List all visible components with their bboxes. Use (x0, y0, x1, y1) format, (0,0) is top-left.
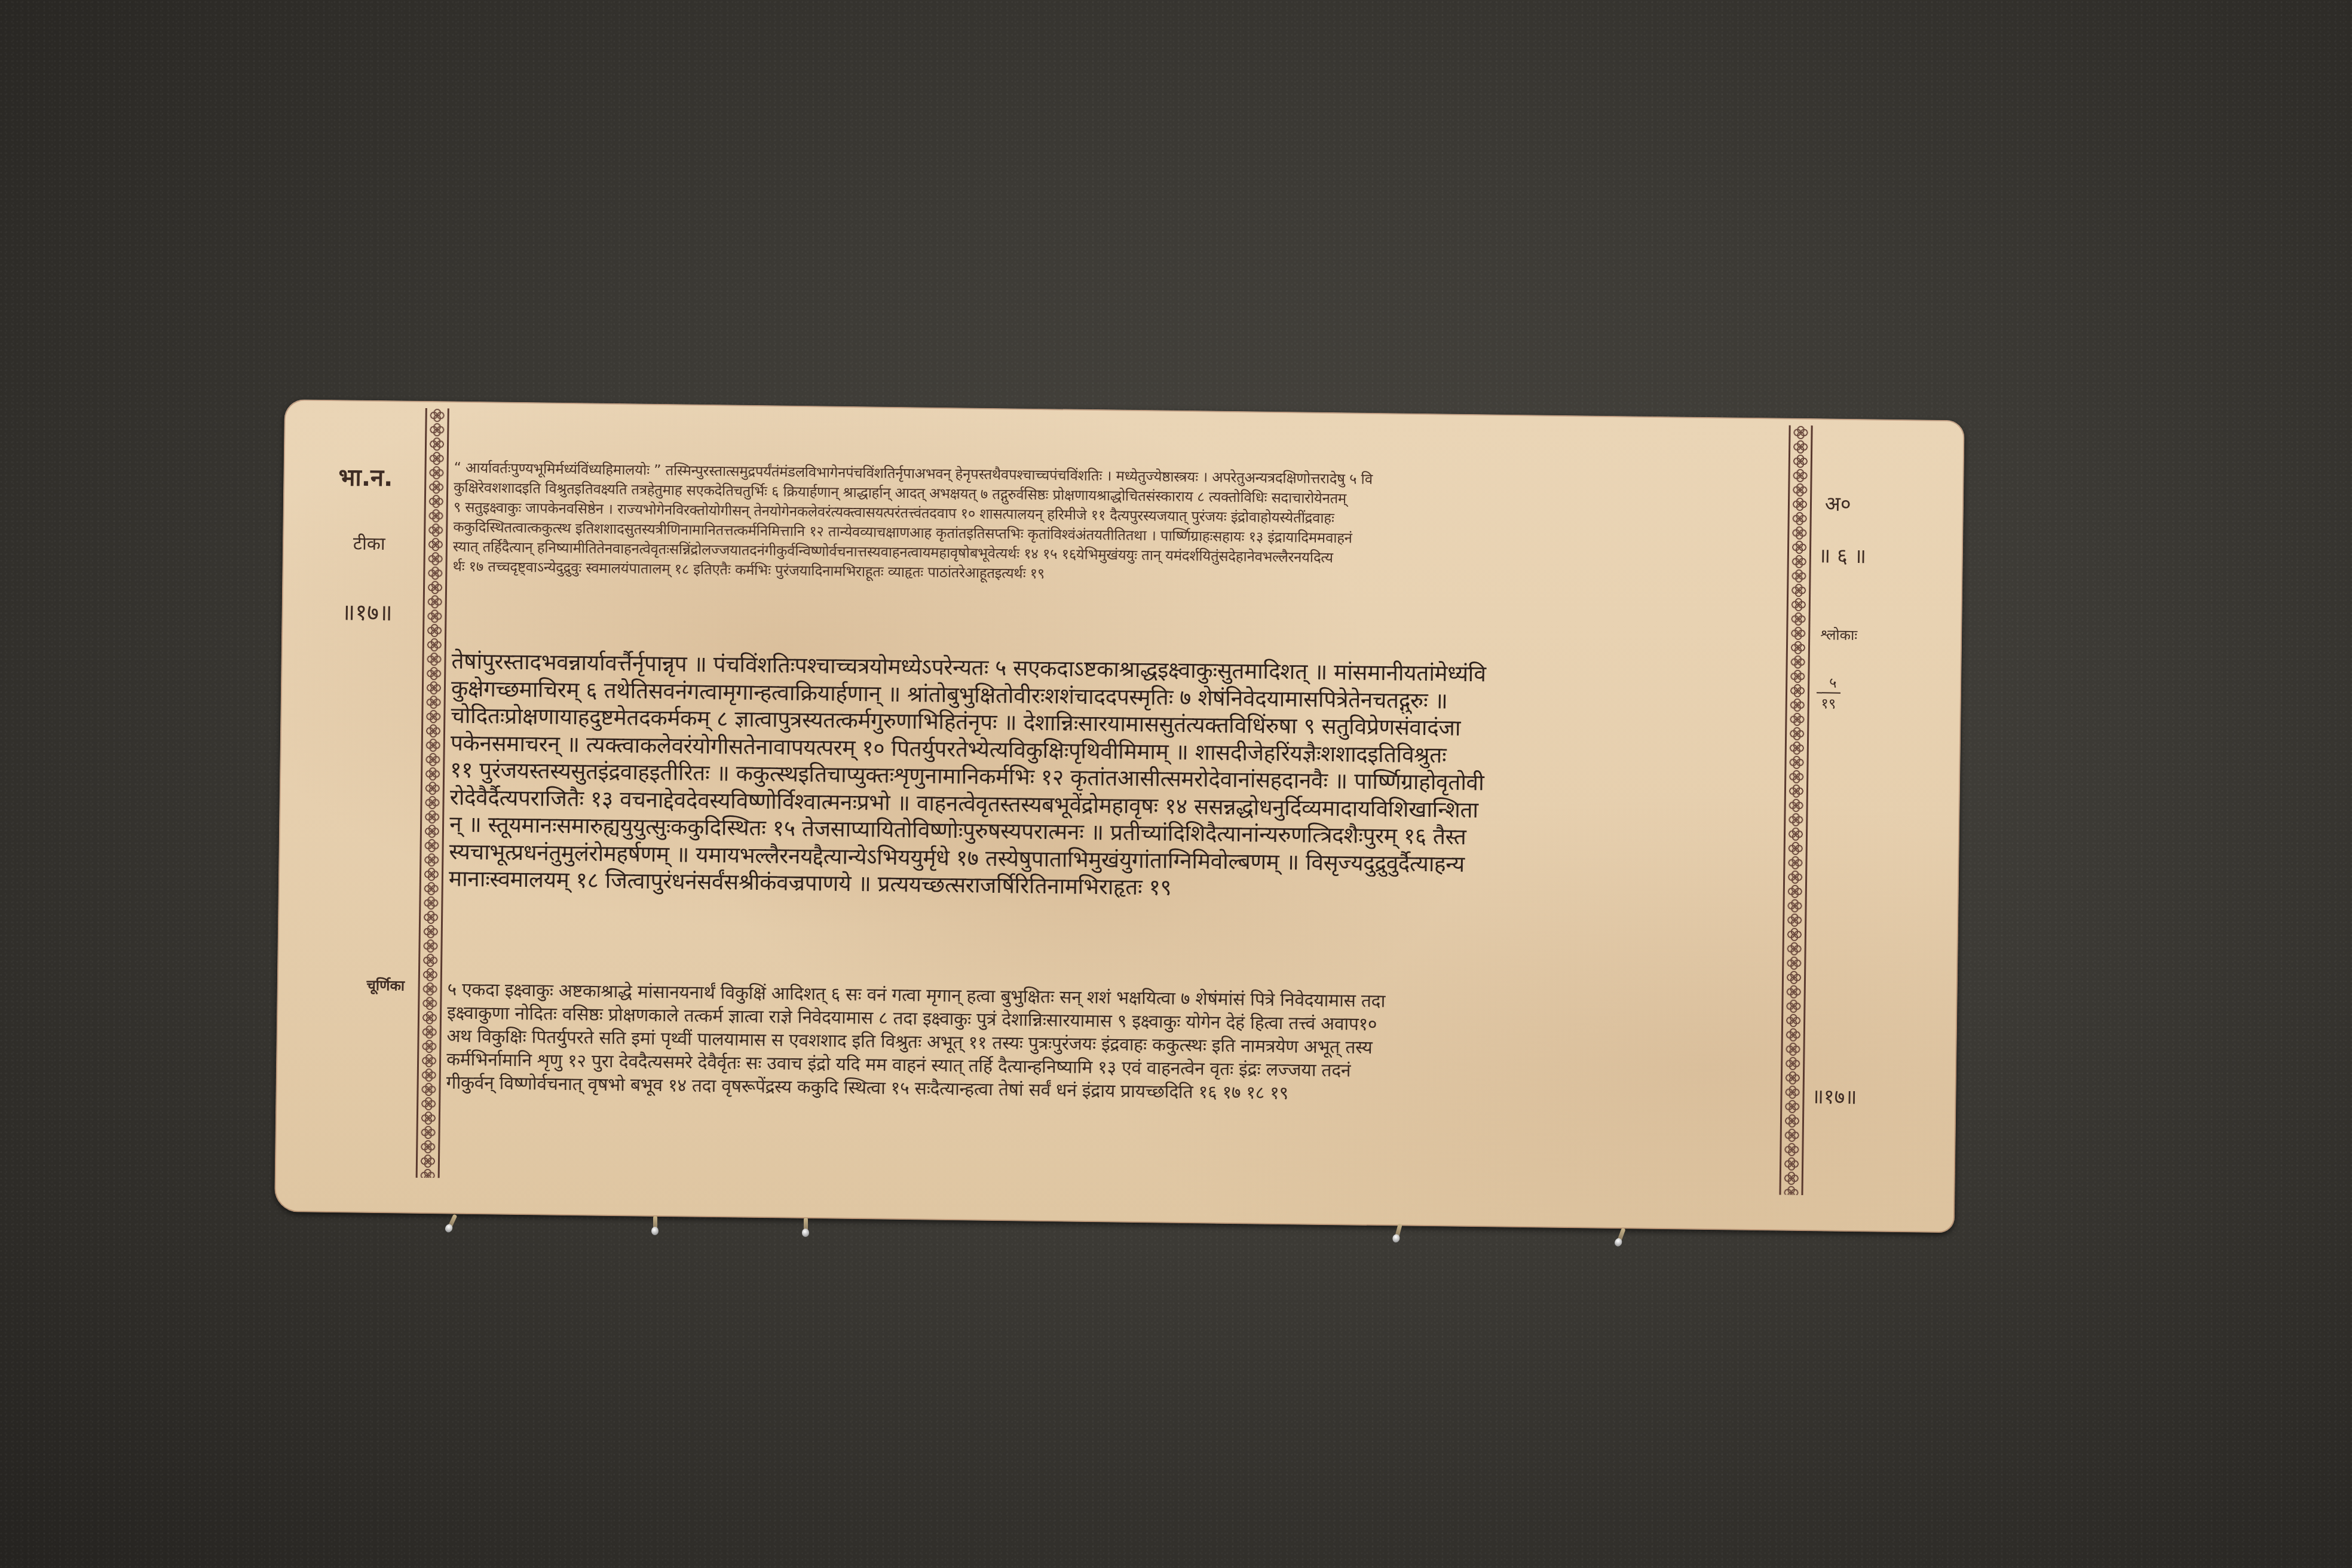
left-margin-commentary-label: टीका (353, 530, 385, 555)
verse-range-start: ५ (1817, 672, 1840, 693)
left-margin-page-number: ॥१७॥ (341, 596, 393, 627)
verses-block: तेषांपुरस्तादभवन्नार्यावर्त्तैर्नृपान्नृ… (449, 648, 1780, 909)
right-margin-page-number: ॥१७॥ (1811, 1082, 1857, 1110)
gloss-block: ५ एकदा इक्ष्वाकुः अष्टकाश्राद्धे मांसानय… (446, 978, 1775, 1111)
left-margin-gloss-label: चूर्णिका (366, 975, 405, 996)
right-margin-verse-range: ५ १९ (1817, 672, 1841, 713)
verse-range-end: १९ (1817, 693, 1840, 713)
right-margin-verses-label: श्लोकाः (1820, 624, 1857, 645)
left-ornamental-border (416, 408, 449, 1178)
manuscript-leaf: भा.न. टीका ॥१७॥ चूर्णिका “ आर्यावर्तःपुण… (274, 399, 1965, 1233)
commentary-block: “ आर्यावर्तःपुण्यभूमिर्मध्यंविंध्यहिमालय… (452, 458, 1781, 593)
right-margin-chapter-number: ॥ ६ ॥ (1818, 541, 1867, 569)
mounting-pin (804, 1218, 808, 1231)
left-margin-title: भा.न. (338, 460, 393, 493)
right-margin-chapter: अ० (1825, 489, 1851, 517)
quatrefoil-border-icon (1781, 425, 1811, 1195)
quatrefoil-border-icon (418, 408, 448, 1178)
right-ornamental-border (1779, 425, 1812, 1195)
mounting-pin (653, 1216, 657, 1229)
